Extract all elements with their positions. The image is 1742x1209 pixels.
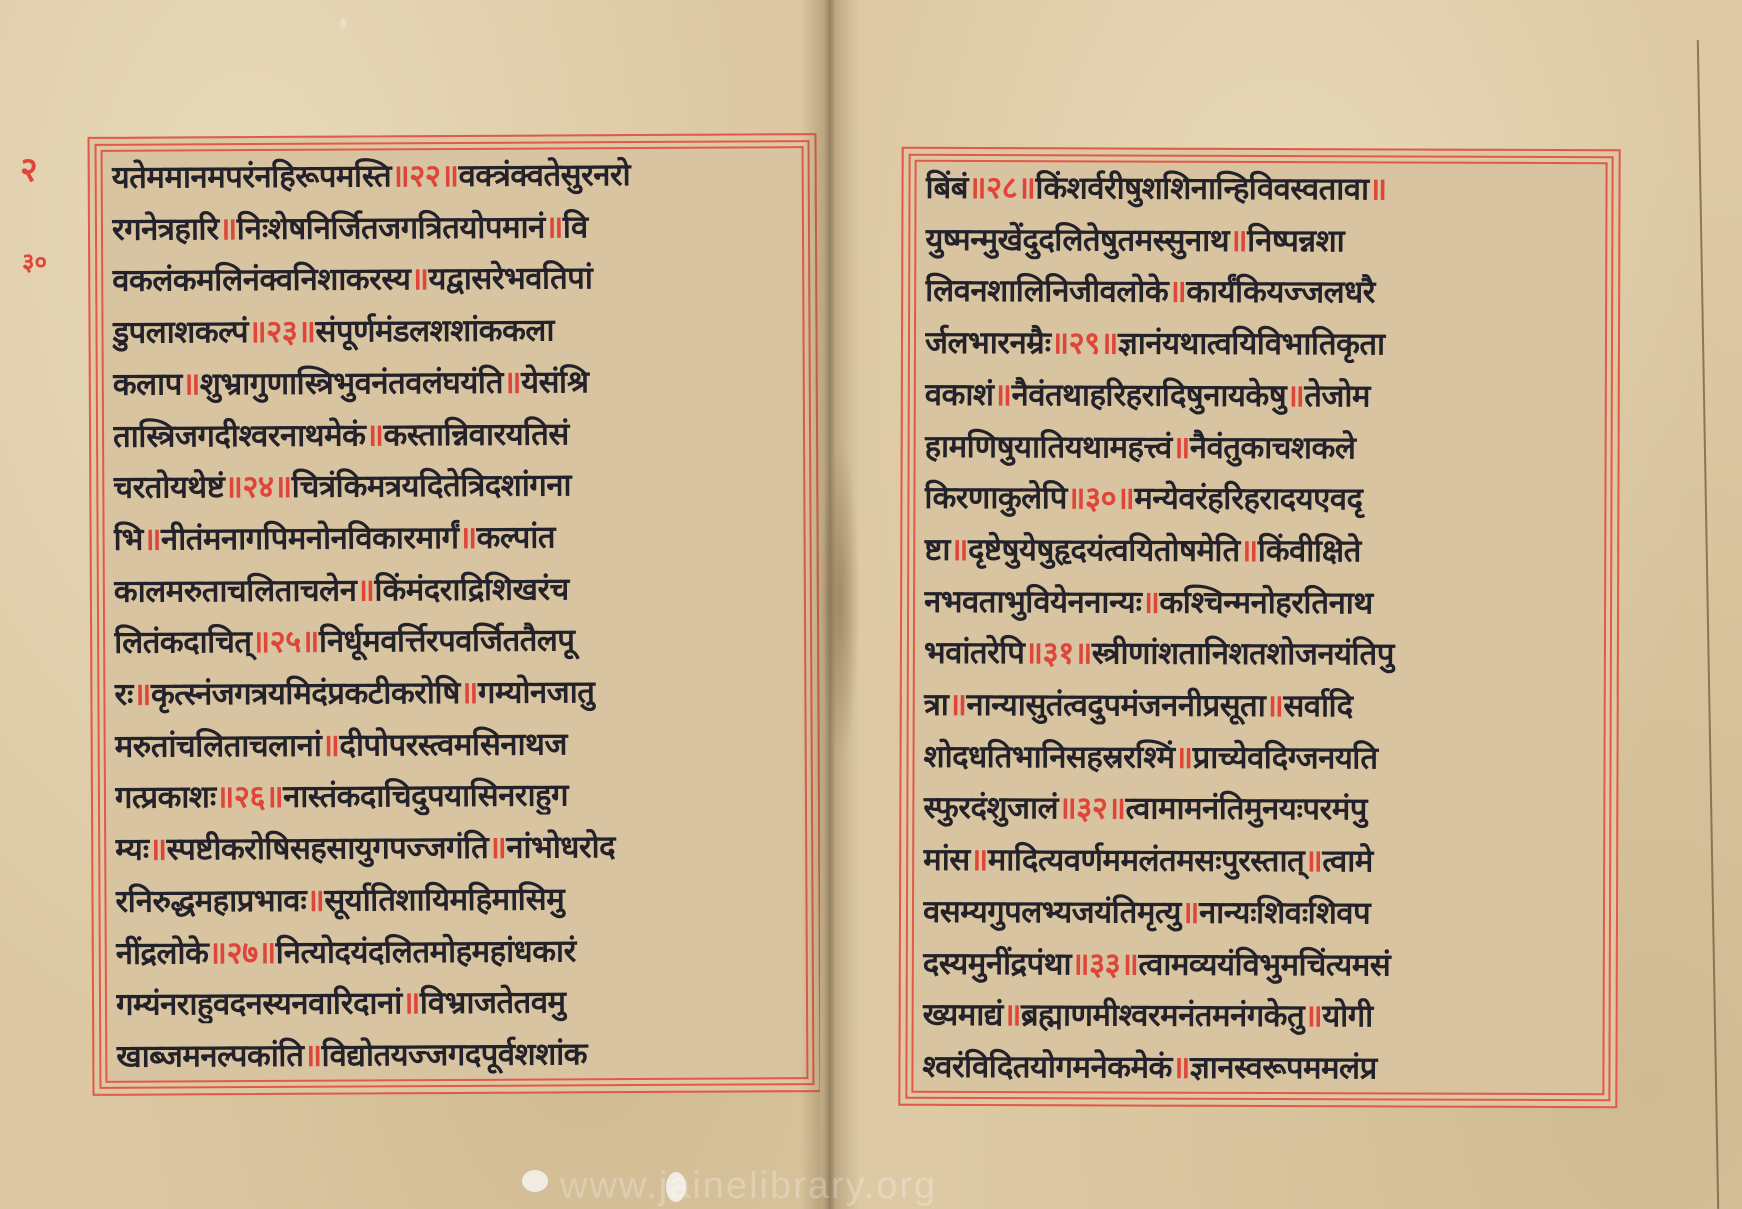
- water-stain: [820, 440, 860, 760]
- manuscript-line: र्जलभारनम्रैः॥२९॥ज्ञानंयथात्वयिविभातिकृत…: [925, 324, 1600, 364]
- manuscript-line: गम्यंनराहुवदनस्यनवारिदानां॥विभ्राजतेतवमु: [116, 982, 801, 1024]
- manuscript-line: खाब्जमनल्पकांति॥विद्योतयज्जगदपूर्वशशांक: [116, 1034, 801, 1076]
- manuscript-line: भि॥नीतंमनागपिमनोनविकारमार्गं॥कल्पांत: [114, 517, 799, 559]
- manuscript-line: नभवताभुवियेननान्यः॥कश्चिन्मनोहरतिनाथ: [924, 582, 1599, 622]
- manuscript-line: श्वरंविदितयोगमनेकमेकं॥ज्ञानस्वरूपममलंप्र: [922, 1048, 1597, 1088]
- manuscript-line: वकलंकमलिनंक्वनिशाकरस्य॥यद्वासरेभवतिपां: [112, 259, 797, 301]
- manuscript-line: डुपलाशकल्पं॥२३॥संपूर्णमंडलशशांककला: [112, 310, 797, 352]
- right-text-block: बिंबं॥२८॥किंशर्वरीषुशशिनान्हिविवस्वतावा॥…: [922, 169, 1600, 1088]
- folio-mark-top: २: [20, 145, 38, 191]
- manuscript-line: वकाशं॥नैवंतथाहरिहरादिषुनायकेषु॥तेजोम: [925, 376, 1600, 416]
- manuscript-line: मांस॥मादित्यवर्णममलंतमसःपुरस्तात्॥त्वामे: [923, 841, 1598, 881]
- manuscript-line: त्रा॥नान्यासुतंत्वदुपमंजननीप्रसूता॥सर्वा…: [924, 686, 1599, 726]
- paper-damage: [340, 18, 346, 28]
- manuscript-line: भवांतरेपि॥३१॥स्त्रीणांशतानिशतशोजनयंतिपु: [924, 634, 1599, 674]
- manuscript-line: किरणाकुलेपि॥३०॥मन्येवरंहरिहरादयएवदृ: [924, 479, 1599, 519]
- manuscript-line: शोदधतिभानिसहस्ररश्मिं॥प्राच्येवदिग्जनयति: [923, 738, 1598, 778]
- manuscript-line: कालमरुताचलिताचलेन॥किंमंदराद्रिशिखरंच: [114, 569, 799, 611]
- left-text-block: यतेममानमपरंनहिरूपमस्ति॥२२॥वक्त्रंक्वतेसु…: [112, 155, 802, 1076]
- manuscript-line: स्फुरदंशुजालं॥३२॥त्वामामनंतिमुनयःपरमंपु: [923, 789, 1598, 829]
- manuscript-line: वसम्यगुपलभ्यजयंतिमृत्यु॥नान्यःशिवःशिवप: [923, 893, 1598, 933]
- manuscript-line: रगनेत्रहारि॥निःशेषनिर्जितजगत्रितयोपमानं॥…: [112, 207, 797, 249]
- manuscript-line: बिंबं॥२८॥किंशर्वरीषुशशिनान्हिविवस्वतावा॥: [925, 169, 1600, 209]
- manuscript-line: मरुतांचलिताचलानां॥दीपोपरस्त्वमसिनाथज: [115, 724, 800, 766]
- manuscript-line: लिवनशालिनिजीवलोके॥कार्यंकियज्जलधरै: [925, 272, 1600, 312]
- right-text-frame: बिंबं॥२८॥किंशर्वरीषुशशिनान्हिविवस्वतावा॥…: [898, 147, 1620, 1109]
- manuscript-line: तास्त्रिजगदीश्वरनाथमेकं॥कस्तान्निवारयतिस…: [113, 414, 798, 456]
- manuscript-line: युष्मन्मुखेंदुदलितेषुतमस्सुनाथ॥निष्पन्नश…: [925, 221, 1600, 261]
- watermark: www.jainelibrary.org: [560, 1165, 937, 1208]
- manuscript-line: रः॥कृत्स्नंजगत्रयमिदंप्रकटीकरोषि॥गम्योनज…: [114, 672, 799, 714]
- manuscript-line: ख्यमाद्यं॥ब्रह्माणमीश्वरमनंतमनंगकेतु॥योग…: [923, 996, 1598, 1036]
- left-page: २ ३० यतेममानमपरंनहिरूपमस्ति॥२२॥वक्त्रंक्…: [0, 0, 835, 1209]
- manuscript-line: चरतोयथेष्टं॥२४॥चित्रंकिमत्रयदितेत्रिदशां…: [113, 465, 798, 507]
- manuscript-line: लितंकदाचित्॥२५॥निर्धूमवर्त्तिरपवर्जिततैल…: [114, 621, 799, 663]
- manuscript-line: ष्टा॥दृष्टेषुयेषुहृदयंत्वयितोषमेति॥किंवी…: [924, 531, 1599, 571]
- manuscript-line: यतेममानमपरंनहिरूपमस्ति॥२२॥वक्त्रंक्वतेसु…: [112, 155, 797, 197]
- left-text-frame: यतेममानमपरंनहिरूपमस्ति॥२२॥वक्त्रंक्वतेसु…: [87, 133, 821, 1096]
- manuscript-line: कलाप॥शुभ्रागुणास्त्रिभुवनंतवलंघयंति॥येसं…: [113, 362, 798, 404]
- manuscript-line: हामणिषुयातियथामहत्त्वं॥नैवंतुकाचशकले: [925, 427, 1600, 467]
- manuscript-line: नींद्रलोके॥२७॥नित्योदयंदलितमोहमहांधकारं: [116, 931, 801, 973]
- manuscript-spread: २ ३० यतेममानमपरंनहिरूपमस्ति॥२२॥वक्त्रंक्…: [0, 0, 1742, 1209]
- manuscript-line: म्यः॥स्पष्टीकरोषिसहसायुगपज्जगंति॥नांभोधर…: [115, 827, 800, 869]
- manuscript-line: दस्यमुनींद्रपंथा॥३३॥त्वामव्ययंविभुमचिंत्…: [923, 944, 1598, 984]
- manuscript-line: रनिरुद्धमहाप्रभावः॥सूर्यातिशायिमहिमासिमु: [115, 879, 800, 921]
- paper-damage: [522, 1170, 548, 1192]
- right-page: बिंबं॥२८॥किंशर्वरीषुशशिनान्हिविवस्वतावा॥…: [820, 0, 1742, 1209]
- manuscript-line: गत्प्रकाशः॥२६॥नास्तंकदाचिदुपयासिनराहुग: [115, 776, 800, 818]
- folio-number: ३०: [22, 245, 47, 278]
